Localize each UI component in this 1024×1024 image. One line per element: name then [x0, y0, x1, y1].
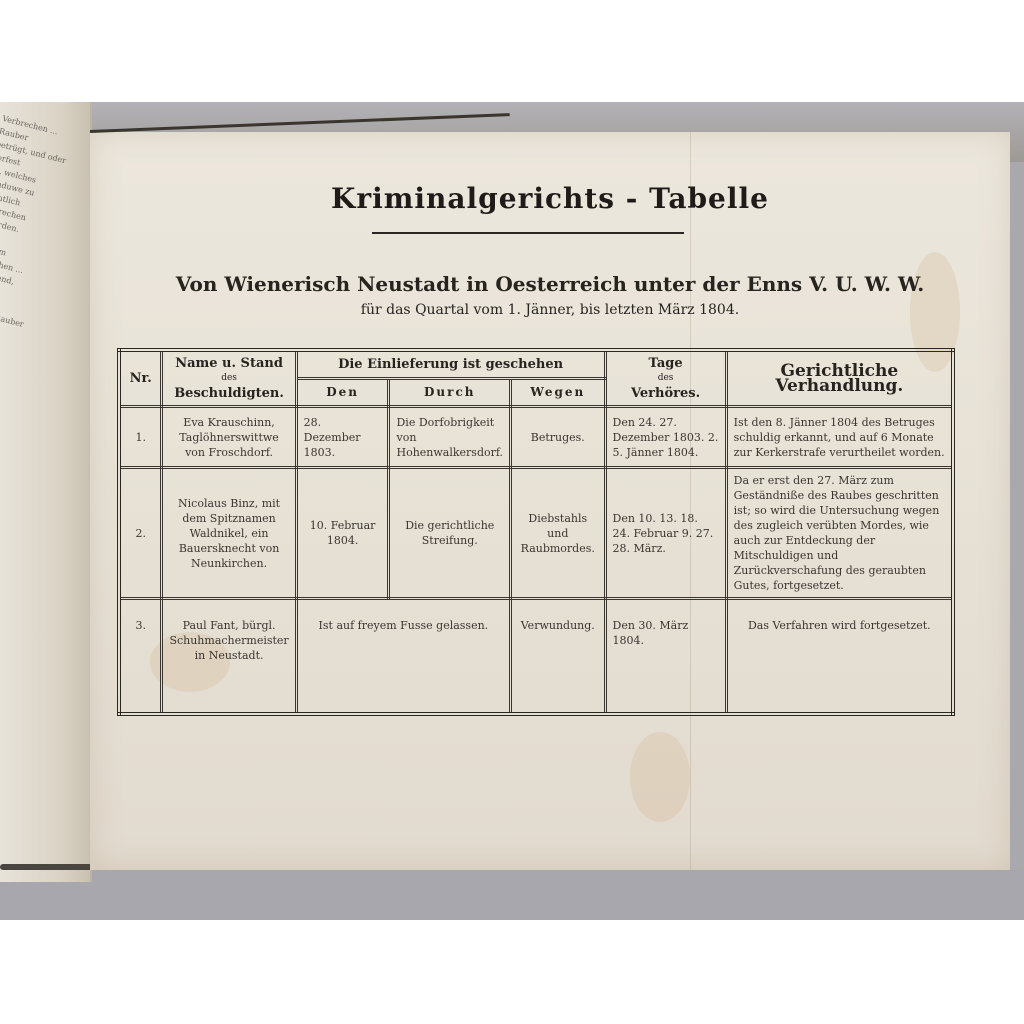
paper-stain: [630, 732, 690, 822]
header-name-mid: des: [169, 371, 288, 386]
header-name-top: Name u. Stand: [175, 356, 283, 371]
header-nr: Nr.: [119, 350, 162, 407]
cell-den: 10. Februar 1804.: [296, 468, 389, 599]
header-tage-top: Tage: [648, 356, 682, 371]
header-name-bottom: Beschuldigten.: [174, 386, 284, 401]
header-den: Den: [296, 379, 389, 407]
header-tage-bottom: Verhöres.: [631, 386, 700, 401]
cell-name: Nicolaus Binz, mit dem Spitznamen Waldni…: [162, 468, 296, 599]
background-surface-bottom: [0, 870, 1024, 920]
cell-name: Eva Krauschinn, Taglöhnerswittwe von Fro…: [162, 407, 296, 468]
header-name: Name u. Stand des Beschuldigten.: [162, 350, 296, 407]
cell-den: 28. Dezember 1803.: [296, 407, 389, 468]
cell-verhandlung: Da er erst den 27. März zum Geständniße …: [726, 468, 953, 599]
left-page-text: Verbrechen ... Rauber betrügt, und oder …: [0, 112, 82, 485]
left-page: Verbrechen ... Rauber betrügt, und oder …: [0, 102, 92, 882]
cell-tage: Den 30. März 1804.: [605, 599, 726, 715]
table-row: 2. Nicolaus Binz, mit dem Spitznamen Wal…: [119, 468, 953, 599]
cell-wegen: Verwundung.: [511, 599, 605, 715]
cell-durch: Die gerichtliche Streifung.: [389, 468, 511, 599]
cell-verhandlung: Ist den 8. Jänner 1804 des Betruges schu…: [726, 407, 953, 468]
cell-den-durch-merged: Ist auf freyem Fusse gelassen.: [296, 599, 510, 715]
header-wegen: Wegen: [511, 379, 605, 407]
cell-durch: Die Dorfobrigkeit von Hohenwalkersdorf.: [389, 407, 511, 468]
header-tage-mid: des: [613, 371, 719, 386]
cell-tage: Den 10. 13. 18. 24. Februar 9. 27. 28. M…: [605, 468, 726, 599]
cell-wegen: Diebstahls und Raubmordes.: [511, 468, 605, 599]
cell-wegen: Betruges.: [511, 407, 605, 468]
cell-verhandlung: Das Verfahren wird fortgesetzet.: [726, 599, 953, 715]
cell-nr: 1.: [119, 407, 162, 468]
cell-tage: Den 24. 27. Dezember 1803. 2. 5. Jänner …: [605, 407, 726, 468]
table-row: 1. Eva Krauschinn, Taglöhnerswittwe von …: [119, 407, 953, 468]
header-tage: Tage des Verhöres.: [605, 350, 726, 407]
header-verhandlung: Gerichtliche Verhandlung.: [726, 350, 953, 407]
cell-name: Paul Fant, bürgl. Schuhmachermeister in …: [162, 599, 296, 715]
page-title: Kriminalgerichts - Tabelle: [90, 182, 1010, 215]
right-page: Kriminalgerichts - Tabelle Von Wienerisc…: [90, 132, 1010, 870]
period-line: für das Quartal vom 1. Jänner, bis letzt…: [90, 302, 1010, 318]
header-delivery-group: Die Einlieferung ist geschehen: [296, 350, 605, 379]
page-subtitle: Von Wienerisch Neustadt in Oesterreich u…: [90, 272, 1010, 296]
table-row: 3. Paul Fant, bürgl. Schuhmachermeister …: [119, 599, 953, 715]
cell-nr: 3.: [119, 599, 162, 715]
header-durch: Durch: [389, 379, 511, 407]
title-underline: [372, 232, 684, 234]
cell-nr: 2.: [119, 468, 162, 599]
book-photo: Verbrechen ... Rauber betrügt, und oder …: [0, 102, 1024, 920]
criminal-court-table: Nr. Name u. Stand des Beschuldigten. Die…: [117, 348, 955, 716]
